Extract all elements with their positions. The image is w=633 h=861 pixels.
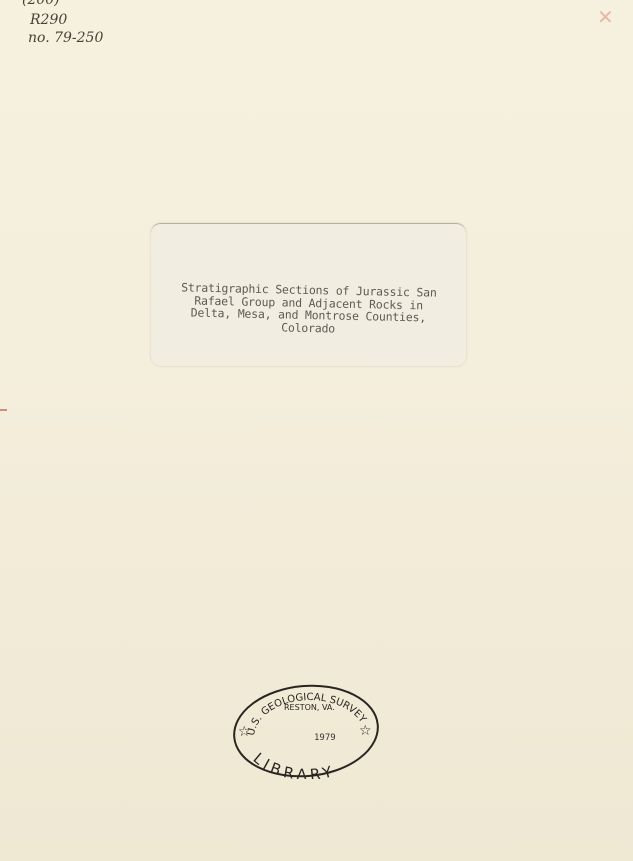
stamp-date: 1979 [314, 733, 336, 743]
star-left-icon: ☆ [238, 724, 251, 740]
library-stamp-graphic: U.S. GEOLOGICAL SURVEY RESTON, VA. ☆ ☆ 1… [232, 684, 380, 779]
edge-tick-mark [0, 409, 7, 411]
title-label: Stratigraphic Sections of Jurassic San R… [151, 223, 466, 366]
handwritten-note-line1: (200) [22, 0, 60, 8]
star-right-icon: ☆ [359, 723, 372, 739]
stamp-location: RESTON, VA. [284, 703, 335, 712]
library-stamp: U.S. GEOLOGICAL SURVEY RESTON, VA. ☆ ☆ 1… [232, 684, 380, 779]
stamp-top-arc: U.S. GEOLOGICAL SURVEY [246, 692, 369, 737]
handwritten-note-line2: R290 [30, 12, 67, 28]
stamp-bottom-arc: LIBRARY [250, 749, 338, 779]
handwritten-note-line3: no. 79-250 [28, 30, 103, 46]
title-text: Stratigraphic Sections of Jurassic San R… [151, 281, 467, 338]
corner-x-mark-icon: ✕ [597, 5, 614, 29]
